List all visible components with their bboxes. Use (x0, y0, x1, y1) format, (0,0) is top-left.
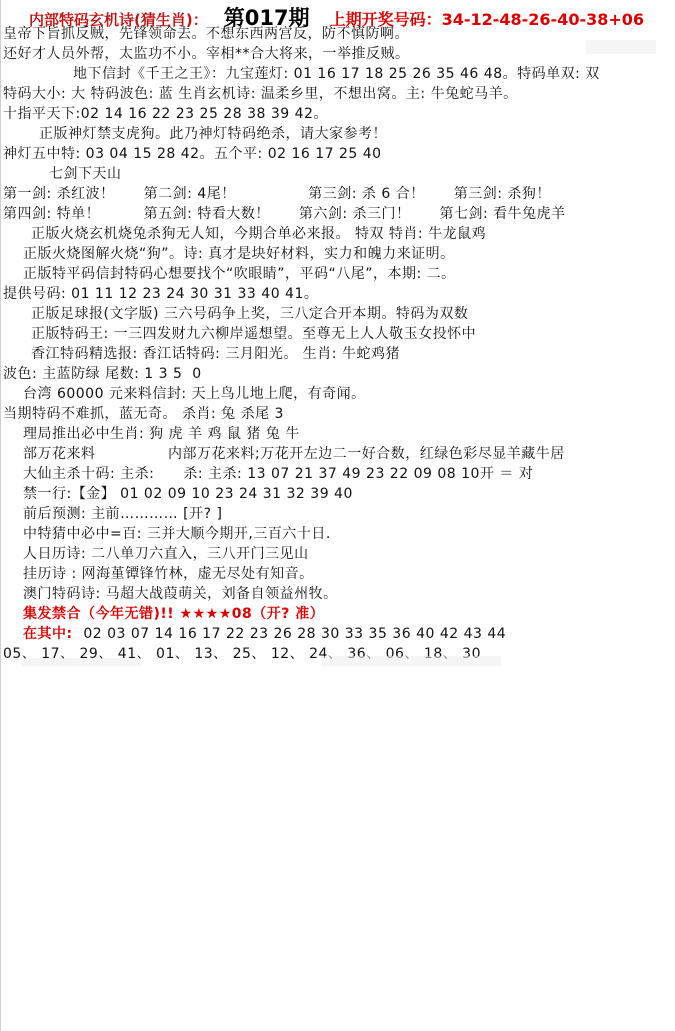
text-line-seven-swords-title: 七剑下天山 (1, 164, 675, 184)
text-line-macau-poem: 澳门特码诗: 马超大战葭萌关，刘备自领益州牧。 (1, 584, 675, 604)
text-line-immortal-kill-ten: 大仙主杀十码: 主杀: 杀: 主杀: 13 07 21 37 49 23 22 … (1, 464, 675, 484)
text-line-fire-diagram: 正版火烧图解火烧“狗”。诗: 真才是块好材料，实力和魄力来证明。 (1, 244, 675, 264)
text-line-football-paper: 正版足球报(文字版) 三六号码争上奖，三八定合开本期。特码为双数 (1, 304, 675, 324)
text-line-wanhua-material: 部万花来料 内部万花来料;万花开左边二一好合数，红绿色彩尽显羊藏牛居 (1, 444, 675, 464)
text-line-swords-row-1: 第一剑: 杀红波！ 第二剑: 4尾！ 第三剑: 杀 6 合！ 第三剑: 杀狗！ (1, 184, 675, 204)
text-line-forecast: 前后预测: 主前………… [开? ] (1, 504, 675, 524)
text-line-wave-color-tail: 波色: 主蓝防绿 尾数: 1 3 5 0 (1, 364, 675, 384)
text-line-provided-numbers: 提供号码: 01 11 12 23 24 30 31 33 40 41。 (1, 284, 675, 304)
lottery-tip-sheet: 内部特码玄机诗(猜生肖)： 第017期 上期开奖号码：34-12-48-26-4… (0, 0, 675, 1031)
text-line-zodiac-picks: 理局推出必中生肖: 狗 虎 羊 鸡 鼠 猪 兔 牛 (1, 424, 675, 444)
text-line-current-special: 当期特码不难抓，蓝无奇。 杀肖: 兔 杀尾 3 (1, 404, 675, 424)
text-line-magic-lamp: 正版神灯禁支虎狗。此乃神灯特码绝杀，请大家参考！ (1, 124, 675, 144)
among-them-numbers: 02 03 07 14 16 17 22 23 26 28 30 33 35 3… (83, 626, 506, 642)
mystery-poem-line: 还好才人员外帮，太监功不小。宰相**合大将来，一举推反贼。 (1, 44, 675, 64)
text-line-calendar-poem-1: 人日历诗: 二八单刀六直入，三八开门三见山 (1, 544, 675, 564)
text-line-ten-fingers: 十指平天下:02 14 16 22 23 25 28 38 39 42。 (1, 104, 675, 124)
text-line-taiwan-envelope: 台湾 60000 元来料信封: 天上鸟儿地上爬，有奇闻。 (1, 384, 675, 404)
among-them-line: 在其中: 02 03 07 14 16 17 22 23 26 28 30 33… (1, 624, 675, 644)
text-line-xiangjiang-report: 香江特码精选报: 香江话特码: 三月阳光。 生肖: 牛蛇鸡猪 (1, 344, 675, 364)
text-line-forbidden-row: 禁一行:【金】 01 02 09 10 23 24 31 32 39 40 (1, 484, 675, 504)
text-line-underground-envelope: 地下信封《千王之王》：九宝莲灯: 01 16 17 18 25 26 35 46… (1, 64, 675, 84)
text-line-middle-special-guess: 中特猜中必中=百: 三并大顺今期开,三百六十日. (1, 524, 675, 544)
sheet-header: 内部特码玄机诗(猜生肖)： 第017期 上期开奖号码：34-12-48-26-4… (1, 0, 675, 24)
text-line-calendar-poem-2: 挂历诗 : 网海堇镡锋竹林，虚无尽处有知音。 (1, 564, 675, 584)
text-line-special-code-king: 正版特码王: 一三四发财九六柳岸遥想望。至尊无上人人敬玉女投怀中 (1, 324, 675, 344)
jifa-banned-combo-line: 集发禁合（今年无错)!! ★★★★08（开? 准） (1, 604, 675, 624)
text-line-lamp-five-special: 神灯五中特: 03 04 15 28 42。五个平: 02 16 17 25 4… (1, 144, 675, 164)
text-line-size-wave: 特码大小: 大 特码波色: 蓝 生肖玄机诗: 温柔乡里，不想出窝。主: 牛兔蛇马… (1, 84, 675, 104)
text-line-fire-mystery: 正版火烧玄机烧兔杀狗无人知，今期合单必来报。 特双 特肖: 牛龙鼠鸡 (1, 224, 675, 244)
text-line-swords-row-2: 第四剑: 特单！ 第五剑: 特看大数！ 第六剑: 杀三门！ 第七剑: 看牛兔虎羊 (1, 204, 675, 224)
bottom-numbers-line: 05、 17、 29、 41、 01、 13、 25、 12、 24、 36、 … (1, 644, 675, 664)
text-line-special-flat-code: 正版特平码信封特码心想要找个“吹眼睛”，平码“八尾”，本期: 二。 (1, 264, 675, 284)
among-them-label: 在其中: (23, 626, 83, 642)
